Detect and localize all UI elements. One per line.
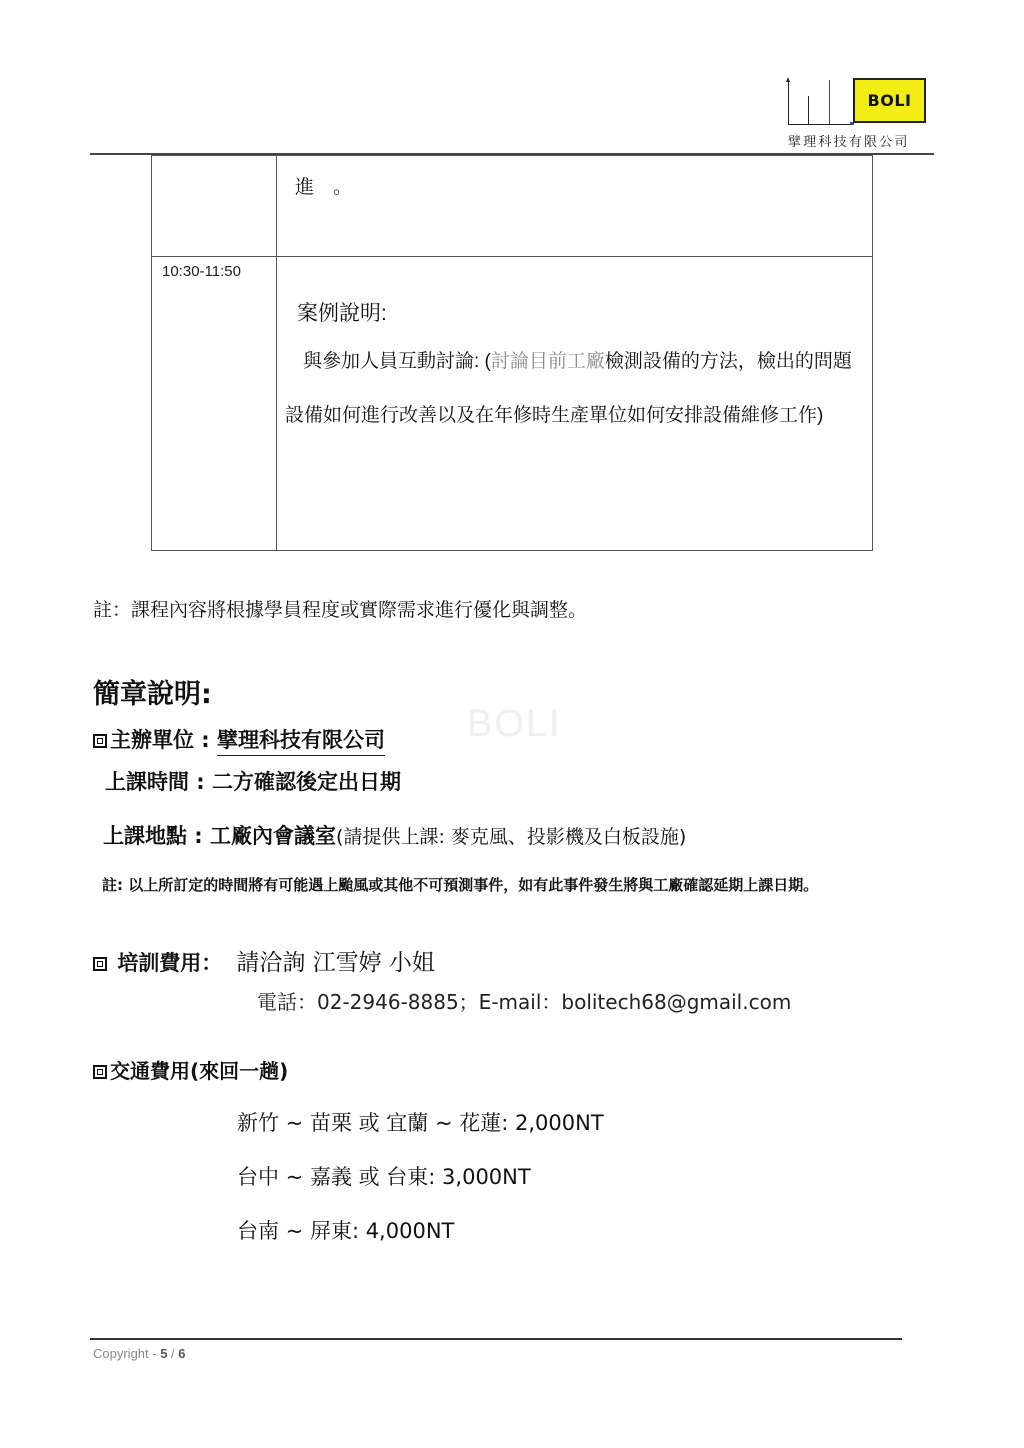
table-row: 10:30-11:50 案例說明: 與參加人員互動討論: (討論目前工廠檢測設備…	[152, 257, 873, 551]
transport-route: 台中 ~ 嘉義 或 台東: 3,000NT	[237, 1161, 531, 1191]
transport-title-line: 交通費用(來回一趟)	[93, 1055, 288, 1084]
contact-info: 電話：02-2946-8885；E-mail：bolitech68@gmail.…	[257, 986, 791, 1015]
location-extra: (請提供上課: 麥克風、投影機及白板設施)	[336, 826, 686, 848]
fee-value: 請洽詢 江雪婷 小姐	[236, 950, 435, 976]
logo-bar	[808, 96, 809, 124]
location-line: 上課地點 : 工廠內會議室(請提供上課: 麥克風、投影機及白板設施)	[103, 820, 686, 850]
organizer-value: 擘理科技有限公司	[217, 728, 385, 756]
transport-route: 台南 ~ 屏東: 4,000NT	[237, 1215, 454, 1245]
content-text: 進 。	[277, 156, 872, 199]
page-total: 6	[178, 1346, 185, 1361]
logo-company-name: 擘理科技有限公司	[788, 131, 930, 150]
time-cell	[152, 156, 277, 257]
logo-axis-baseline	[788, 124, 854, 125]
fee-label: 培訓費用：	[117, 951, 222, 975]
class-time-label: 上課時間 :	[105, 770, 212, 794]
case-body-muted: 討論目前工廠	[491, 351, 605, 372]
page-separator: /	[167, 1346, 178, 1361]
organizer-line: 主辦單位 : 擘理科技有限公司	[93, 724, 385, 754]
square-bullet-icon	[93, 1065, 107, 1079]
case-body-lead: 與參加人員互動討論: (	[285, 351, 491, 372]
organizer-label: 主辦單位 :	[110, 728, 217, 752]
company-logo: BOLI 擘理科技有限公司	[786, 76, 932, 152]
class-time-line: 上課時間 : 二方確認後定出日期	[105, 766, 401, 796]
footer-divider	[90, 1338, 902, 1340]
schedule-note: 註: 以上所訂定的時間將有可能遇上颱風或其他不可預測事件，如有此事件發生將與工廠…	[102, 874, 818, 895]
transport-route: 新竹 ~ 苗栗 或 宜蘭 ~ 花蓮: 2,000NT	[237, 1107, 604, 1137]
course-note: 註：課程內容將根據學員程度或實際需求進行優化與調整。	[93, 595, 587, 622]
fee-line: 培訓費用：請洽詢 江雪婷 小姐	[93, 944, 435, 977]
square-bullet-icon	[93, 734, 107, 748]
schedule-table: 進 。 10:30-11:50 案例說明: 與參加人員互動討論: (討論目前工廠…	[151, 155, 873, 551]
content-cell: 案例說明: 與參加人員互動討論: (討論目前工廠檢測設備的方法，檢出的問題設備如…	[277, 257, 873, 551]
square-bullet-icon	[93, 957, 107, 971]
table-row: 進 。	[152, 156, 873, 257]
watermark: BOLI	[467, 703, 562, 746]
footer: Copyright - 5 / 6	[93, 1346, 186, 1361]
transport-title: 交通費用(來回一趟)	[110, 1059, 288, 1083]
content-cell: 進 。	[277, 156, 873, 257]
case-title: 案例說明:	[297, 297, 872, 327]
logo-chart-axis-icon	[788, 80, 789, 124]
section-title: 簡章說明:	[93, 672, 212, 711]
logo-bar-red	[829, 80, 830, 124]
class-time-value: 二方確認後定出日期	[212, 770, 401, 794]
location-label: 上課地點 :	[103, 824, 210, 848]
case-body: 與參加人員互動討論: (討論目前工廠檢測設備的方法，檢出的問題設備如何進行改善以…	[285, 335, 864, 443]
copyright-text: Copyright -	[93, 1346, 160, 1361]
time-cell: 10:30-11:50	[152, 257, 277, 551]
location-value: 工廠內會議室	[210, 824, 336, 848]
logo-box: BOLI	[853, 78, 926, 123]
